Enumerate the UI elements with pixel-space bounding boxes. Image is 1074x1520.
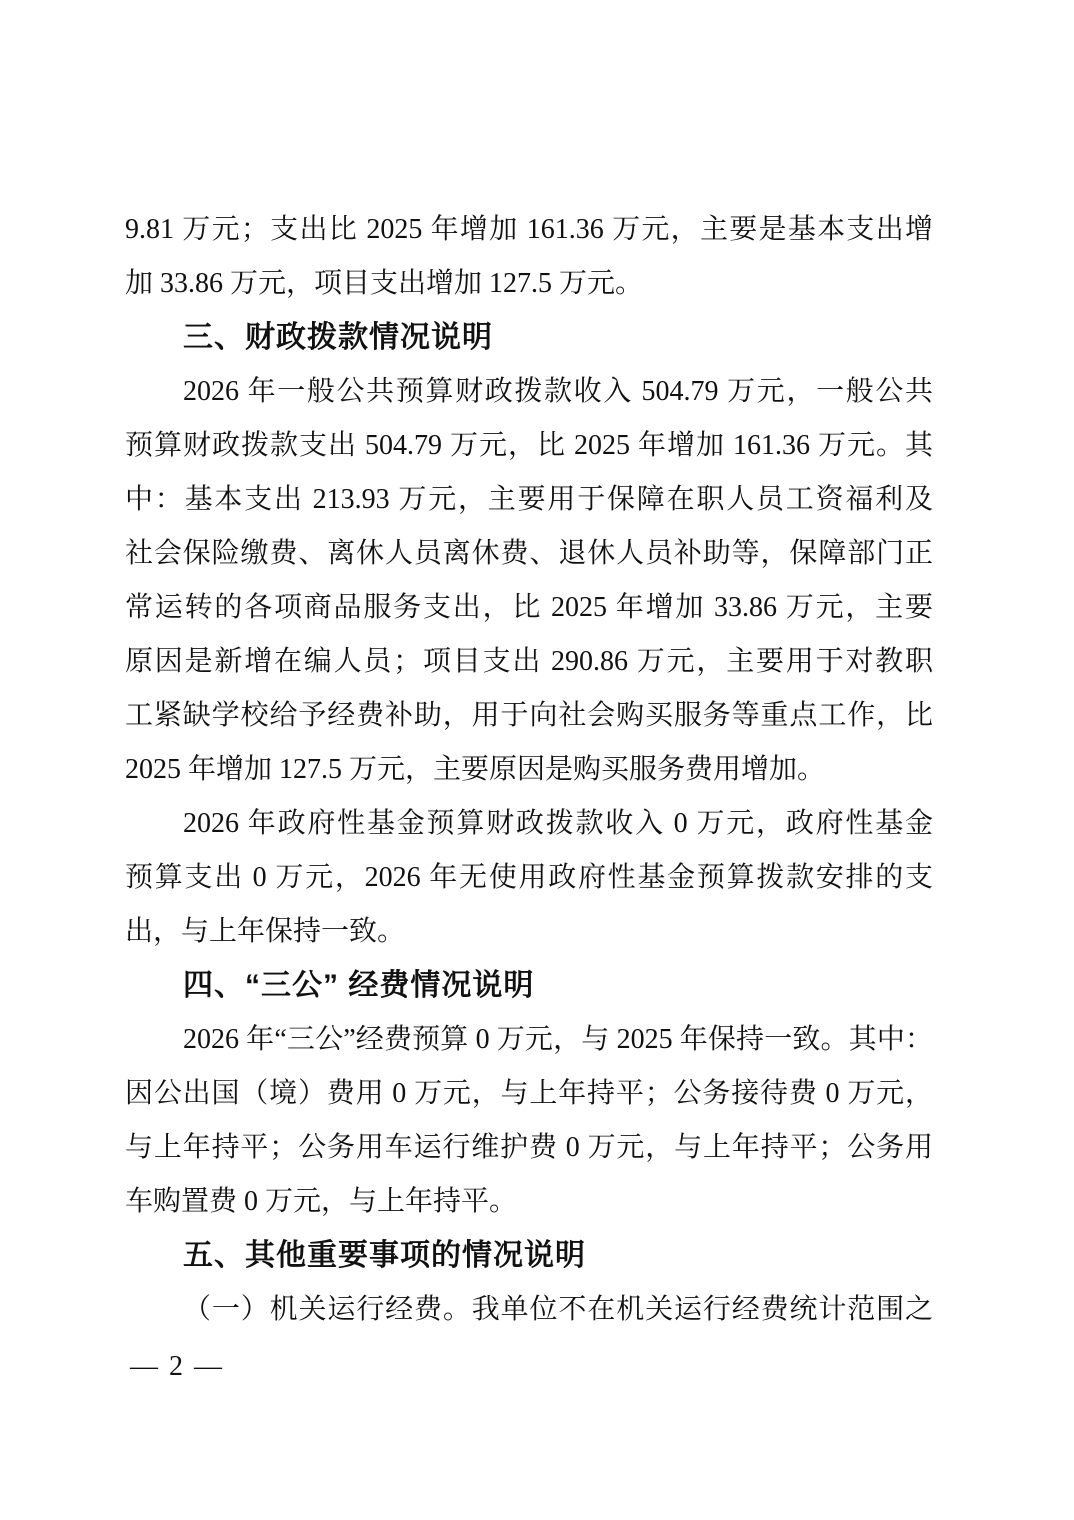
text-line: 2026 年一般公共预算财政拨款收入 504.79 万元，一般公共	[125, 365, 933, 419]
text-line: 原因是新增在编人员；项目支出 290.86 万元，主要用于对教职	[125, 635, 933, 689]
text-line: （一）机关运行经费。我单位不在机关运行经费统计范围之	[125, 1283, 933, 1337]
text-line: 2026 年“三公”经费预算 0 万元，与 2025 年保持一致。其中：	[125, 1013, 933, 1067]
text-line: 常运转的各项商品服务支出，比 2025 年增加 33.86 万元，主要	[125, 581, 933, 635]
text-line: 预算支出 0 万元，2026 年无使用政府性基金预算拨款安排的支	[125, 851, 933, 905]
text-line: 与上年持平；公务用车运行维护费 0 万元，与上年持平；公务用	[125, 1121, 933, 1175]
text-line: 工紧缺学校给予经费补助，用于向社会购买服务等重点工作，比	[125, 689, 933, 743]
section-heading: 三、财政拨款情况说明	[125, 311, 933, 365]
text-line: 出，与上年保持一致。	[125, 905, 933, 959]
text-line: 车购置费 0 万元，与上年持平。	[125, 1175, 933, 1229]
text-line: 2025 年增加 127.5 万元，主要原因是购买服务费用增加。	[125, 743, 933, 797]
section-heading: 四、“三公” 经费情况说明	[125, 959, 933, 1013]
section-heading: 五、其他重要事项的情况说明	[125, 1229, 933, 1283]
page-number: — 2 —	[130, 1340, 224, 1394]
text-line: 预算财政拨款支出 504.79 万元，比 2025 年增加 161.36 万元。…	[125, 419, 933, 473]
text-line: 加 33.86 万元，项目支出增加 127.5 万元。	[125, 257, 933, 311]
text-line: 因公出国（境）费用 0 万元，与上年持平；公务接待费 0 万元，	[125, 1067, 933, 1121]
text-line: 9.81 万元；支出比 2025 年增加 161.36 万元，主要是基本支出增	[125, 203, 933, 257]
document-body: 9.81 万元；支出比 2025 年增加 161.36 万元，主要是基本支出增加…	[125, 203, 933, 1337]
document-page: 9.81 万元；支出比 2025 年增加 161.36 万元，主要是基本支出增加…	[0, 0, 1074, 1520]
text-line: 2026 年政府性基金预算财政拨款收入 0 万元，政府性基金	[125, 797, 933, 851]
text-line: 社会保险缴费、离休人员离休费、退休人员补助等，保障部门正	[125, 527, 933, 581]
text-line: 中：基本支出 213.93 万元，主要用于保障在职人员工资福利及	[125, 473, 933, 527]
